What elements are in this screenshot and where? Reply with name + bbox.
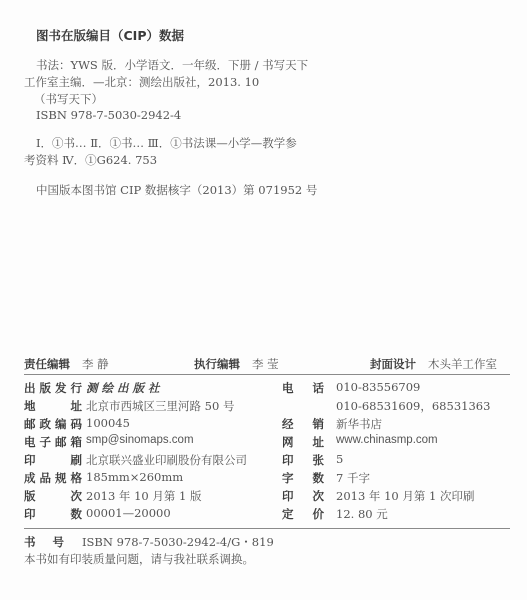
details-row: 版次 2013 年 10 月第 1 版 印次 2013 年 10 月第 1 次印… xyxy=(0,488,527,505)
isbn-row: 书号 ISBN 978-7-5030-2942-4/G・819 xyxy=(0,534,527,551)
exec-editor-value: 李 莹 xyxy=(252,356,279,372)
edition-value: 2013 年 10 月第 1 版 xyxy=(86,488,202,504)
details-row: 印刷 北京联兴盛业印刷股份有限公司 印张 5 xyxy=(0,452,527,469)
price-label: 定价 xyxy=(282,506,324,522)
cip-line-2: 工作室主编．—北京：测绘出版社，2013. 10 xyxy=(24,74,259,90)
cover-label: 封面设计 xyxy=(370,356,416,372)
address-label: 地址 xyxy=(24,398,82,414)
address-value: 北京市西城区三里河路 50 号 xyxy=(86,398,234,414)
sheets-label: 印张 xyxy=(282,452,324,468)
divider-bottom xyxy=(24,528,510,529)
printer-value: 北京联兴盛业印刷股份有限公司 xyxy=(86,452,247,468)
cip-line-1: 书法：YWS 版．小学语文．一年级．下册 / 书写天下 xyxy=(36,57,308,73)
print-run-label: 印数 xyxy=(24,506,82,522)
phone-value-2: 010-68531609，68531363 xyxy=(336,398,490,414)
cip-line-3: （书写天下） xyxy=(34,91,103,107)
distributor-value: 新华书店 xyxy=(336,416,382,432)
phone-label: 电话 xyxy=(282,380,324,396)
cip-classification-1: Ⅰ．①书… Ⅱ．①书… Ⅲ．①书法课—小学—教学参 xyxy=(36,135,297,151)
cip-record-number: 中国版本图书馆 CIP 数据核字（2013）第 071952 号 xyxy=(36,182,317,198)
cip-isbn: ISBN 978-7-5030-2942-4 xyxy=(36,108,181,122)
cover-value: 木头羊工作室 xyxy=(428,356,497,372)
email-label: 电子邮箱 xyxy=(24,434,82,450)
email-link[interactable]: smp@sinomaps.com xyxy=(86,434,194,446)
distributor-label: 经销 xyxy=(282,416,324,432)
publisher-label: 出版发行 xyxy=(24,380,82,396)
phone-value: 010-83556709 xyxy=(336,380,420,394)
printing-value: 2013 年 10 月第 1 次印刷 xyxy=(336,488,475,504)
website-label: 网址 xyxy=(282,434,324,450)
postcode-label: 邮政编码 xyxy=(24,416,82,432)
isbn-label: 书号 xyxy=(24,534,64,550)
printing-label: 印次 xyxy=(282,488,324,504)
editor-label: 责任编辑 xyxy=(24,356,70,372)
word-count-label: 字数 xyxy=(282,470,324,486)
divider-top xyxy=(24,374,510,375)
format-value: 185mm×260mm xyxy=(86,470,183,484)
details-row: 邮政编码 100045 经销 新华书店 xyxy=(0,416,527,433)
details-row: 印数 00001—20000 定价 12. 80 元 xyxy=(0,506,527,523)
credits-row: 责任编辑 李 静 执行编辑 李 莹 封面设计 木头羊工作室 xyxy=(0,356,527,373)
word-count-value: 7 千字 xyxy=(336,470,370,486)
editor-value: 李 静 xyxy=(82,356,109,372)
sheets-value: 5 xyxy=(336,452,343,466)
details-row: 电子邮箱 smp@sinomaps.com 网址 www.chinasmp.co… xyxy=(0,434,527,451)
details-row: 成品规格 185mm×260mm 字数 7 千字 xyxy=(0,470,527,487)
isbn-value: ISBN 978-7-5030-2942-4/G・819 xyxy=(82,534,274,550)
print-run-value: 00001—20000 xyxy=(86,506,171,520)
cip-classification-2: 考资料 Ⅳ．①G624. 753 xyxy=(24,152,157,168)
edition-label: 版次 xyxy=(24,488,82,504)
details-row: 地址 北京市西城区三里河路 50 号 010-68531609，68531363 xyxy=(0,398,527,415)
cip-title: 图书在版编目（CIP）数据 xyxy=(36,26,184,44)
details-row: 出版发行 测绘出版社 电话 010-83556709 xyxy=(0,380,527,397)
publisher-value: 测绘出版社 xyxy=(86,380,164,396)
format-label: 成品规格 xyxy=(24,470,82,486)
price-value: 12. 80 元 xyxy=(336,506,388,522)
website-link[interactable]: www.chinasmp.com xyxy=(336,434,438,446)
postcode-value: 100045 xyxy=(86,416,130,430)
quality-notice: 本书如有印装质量问题，请与我社联系调换。 xyxy=(24,551,254,567)
printer-label: 印刷 xyxy=(24,452,82,468)
exec-editor-label: 执行编辑 xyxy=(194,356,240,372)
